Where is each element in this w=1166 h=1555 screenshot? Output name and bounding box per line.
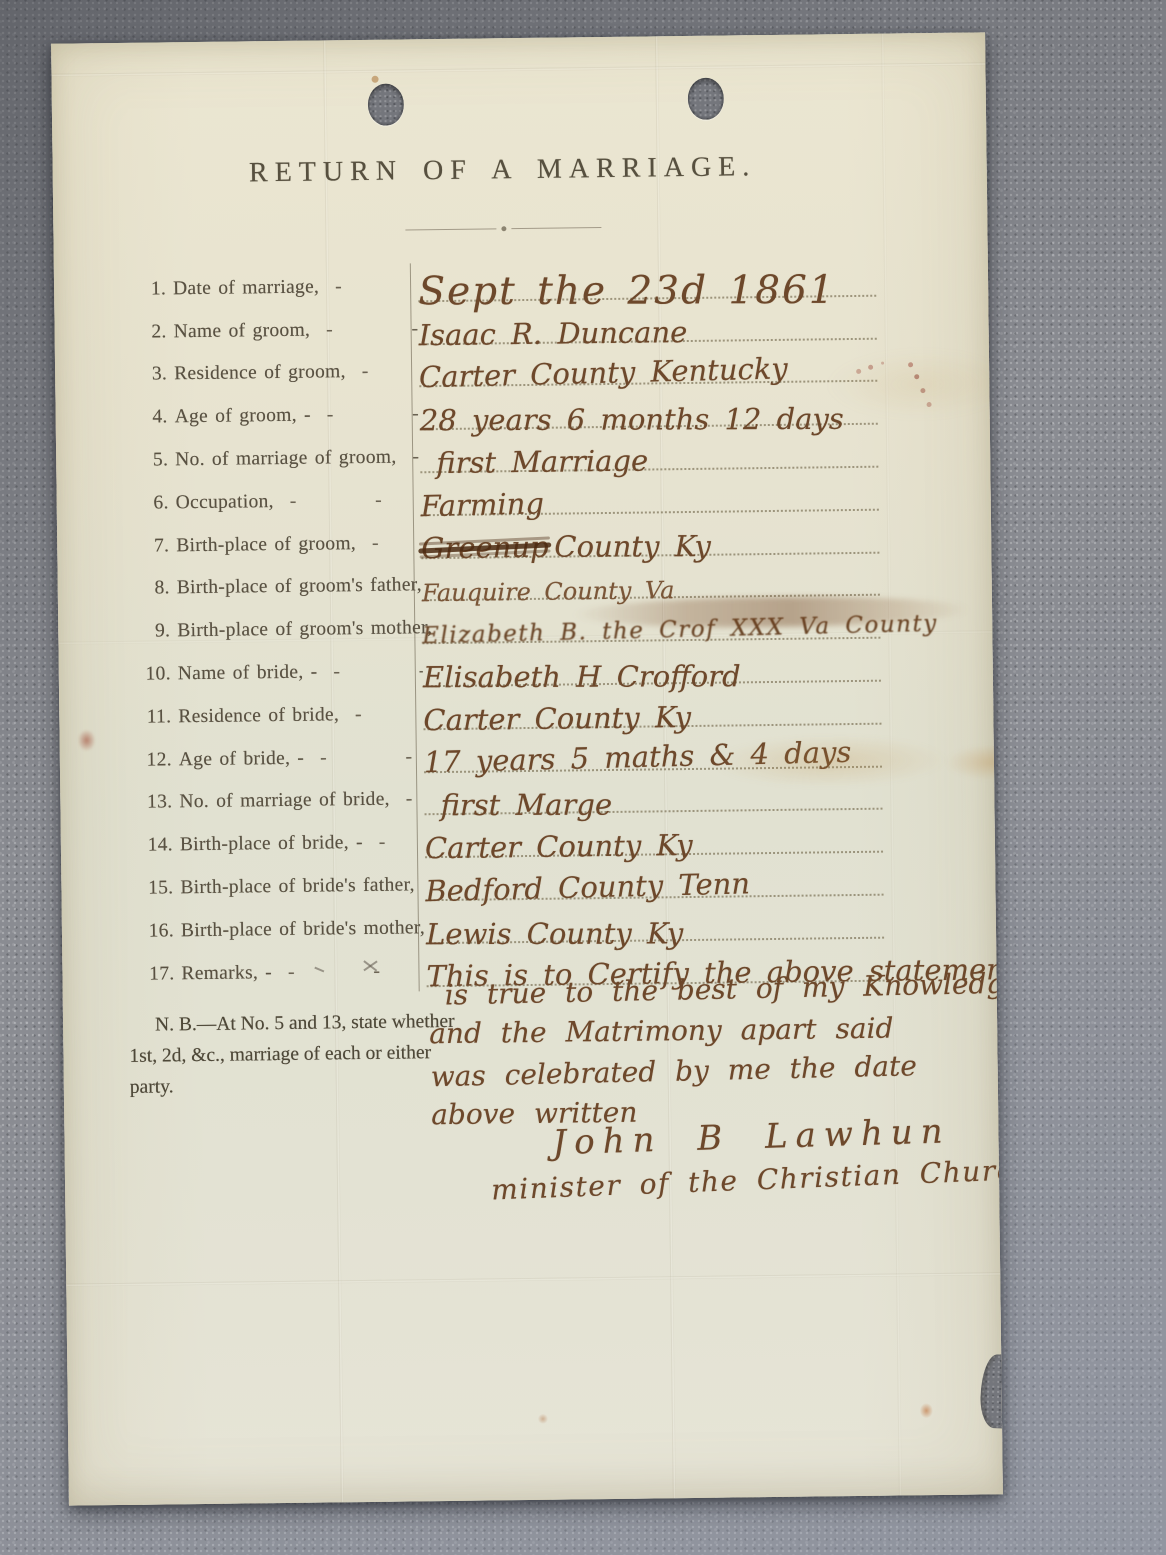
ornament-divider [405, 225, 601, 232]
row-leader-dashes: - - [356, 532, 421, 555]
row-leader-dashes: - - [317, 660, 423, 683]
row-label-column: 1.Date of marriage,- - [132, 275, 418, 305]
row-number: 11. [137, 706, 178, 728]
photo-background: RETURN OF A MARRIAGE. 1.Date of marriage… [0, 0, 1166, 1555]
row-leader-dashes: - [396, 446, 420, 468]
row-label: Date of marriage, [173, 276, 319, 300]
row-label-column: 16.Birth-place of bride's mother, [140, 917, 426, 947]
row-label: No. of marriage of bride, [179, 789, 390, 814]
row-number: 6. [135, 492, 176, 514]
row-label-column: 10.Name of bride, -- - [137, 660, 423, 690]
row-label: Remarks, - [181, 962, 272, 985]
row-label: Residence of bride, [178, 704, 339, 728]
row-label-column: 11.Residence of bride,- - [137, 703, 423, 733]
row-label-column: 15.Birth-place of bride's father,- [139, 874, 425, 904]
row-number: 7. [135, 535, 176, 557]
document-paper: RETURN OF A MARRIAGE. 1.Date of marriage… [51, 32, 1003, 1505]
ornament-dot [501, 226, 506, 231]
fold-crease-vertical [881, 34, 902, 1496]
remarks-continuation: is true to the best of my Knowledgand th… [414, 966, 1002, 1135]
row-label: Birth-place of bride, - [180, 832, 363, 856]
row-leader-dashes: - - [339, 703, 423, 726]
row-label: Birth-place of groom's mother, [177, 617, 432, 642]
paper-stain [77, 729, 95, 751]
row-leader-dashes: - - [311, 403, 420, 426]
row-number: 4. [134, 406, 175, 428]
paper-stain [920, 1403, 933, 1418]
row-number: 1. [132, 278, 173, 300]
paper-stain [538, 1414, 548, 1424]
ornament-line [511, 227, 602, 229]
row-number: 14. [139, 834, 180, 856]
row-label: Birth-place of bride's father, [180, 874, 415, 899]
row-leader-dashes: - - [304, 746, 424, 769]
row-label: Name of groom, [173, 319, 310, 343]
row-number: 2. [133, 321, 174, 343]
paper-stain [945, 744, 1003, 781]
row-label: Birth-place of groom's father, [177, 575, 422, 600]
row-number: 12. [138, 749, 179, 771]
row-label-column: 14.Birth-place of bride, -- [139, 831, 425, 861]
row-leader-dashes: - - [310, 318, 419, 341]
row-label: Age of bride, - [179, 747, 305, 771]
row-number: 15. [139, 877, 180, 899]
row-label-column: 9.Birth-place of groom's mother, [136, 617, 422, 647]
row-leader-dashes: - - - [272, 960, 427, 984]
punch-hole-left [368, 83, 405, 125]
row-number: 3. [133, 364, 174, 386]
row-label-column: 13.No. of marriage of bride,- [138, 789, 424, 819]
row-label-column: 8.Birth-place of groom's father, [136, 575, 422, 605]
row-leader-dashes: - - [346, 361, 420, 384]
fold-crease-horizontal [51, 62, 985, 76]
row-number: 9. [136, 620, 177, 642]
paper-tear [980, 1354, 1003, 1429]
row-label-column: 17.Remarks, -- - - [140, 960, 426, 990]
row-label-column: 5.No. of marriage of groom,- [134, 446, 420, 476]
row-label: Residence of groom, [174, 362, 346, 386]
row-leader-dashes: - [390, 789, 425, 811]
row-number: 13. [138, 792, 179, 814]
row-label-column: 7.Birth-place of groom,- - [135, 532, 421, 562]
row-label-column: 4.Age of groom, -- - [134, 403, 420, 433]
row-label: Birth-place of groom, [176, 533, 356, 557]
ornament-line [405, 228, 496, 230]
row-label: Name of bride, - [178, 662, 318, 686]
row-label: No. of marriage of groom, [175, 447, 397, 472]
row-label-column: 3.Residence of groom,- - [133, 361, 419, 391]
form-title: RETURN OF A MARRIAGE. [53, 149, 953, 192]
row-leader-dashes: - - [319, 275, 418, 298]
punch-hole-right [688, 78, 725, 120]
row-number: 17. [140, 963, 181, 985]
row-number: 8. [136, 578, 177, 600]
row-label-column: 6.Occupation,- - - [135, 489, 421, 519]
form-rows: 1.Date of marriage,- -Sept the 23d 18612… [132, 254, 885, 991]
row-number: 10. [137, 663, 178, 685]
row-number: 5. [134, 449, 175, 471]
row-label: Birth-place of bride's mother, [181, 917, 425, 942]
row-leader-dashes: - - - [274, 489, 421, 513]
row-label: Age of groom, - [175, 405, 311, 429]
rust-stain [372, 76, 379, 83]
row-label-column: 2.Name of groom,- - [133, 318, 419, 348]
fold-crease-horizontal [66, 1272, 1000, 1286]
row-leader-dashes: - [363, 831, 425, 854]
row-label-column: 12.Age of bride, -- - [138, 746, 424, 776]
row-number: 16. [140, 920, 181, 942]
row-label: Occupation, [176, 491, 274, 514]
